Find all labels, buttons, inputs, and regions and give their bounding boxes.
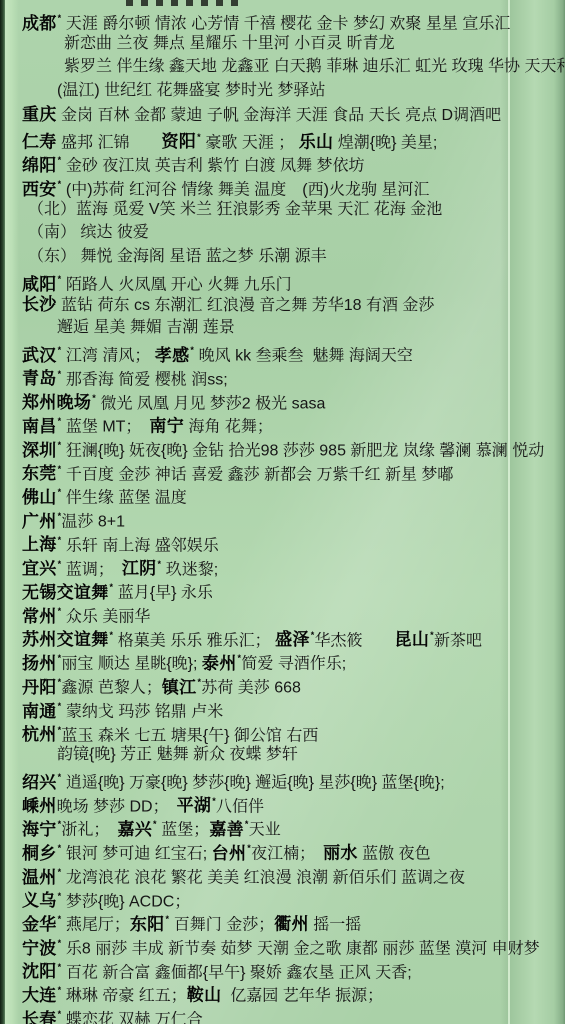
venue-names-text: 邂逅 星美 舞媚 吉潮 莲景 <box>57 319 235 336</box>
city-name: 资阳* <box>162 132 201 151</box>
city-name: 金华* <box>22 915 61 934</box>
venue-names-text: 逍遥{晚} 万豪{晚} 梦莎{晚} 邂逅{晚} 星莎{晚} 蓝堡{晚}; <box>61 775 444 792</box>
asterisk-mark: * <box>58 440 62 450</box>
venue-names: 乐8 丽莎 丰成 新节奏 茹梦 天潮 金之歌 康都 丽莎 蓝堡 漠河 申财梦 <box>61 941 539 958</box>
list-line: 佛山* 伴生缘 蓝堡 温度 <box>0 482 565 506</box>
venue-names: 众乐 美丽华 <box>61 609 150 626</box>
venue-names: 夜江楠； <box>251 846 323 863</box>
asterisk-mark: * <box>58 985 62 995</box>
city-name: 台州* <box>212 844 251 863</box>
asterisk-mark: * <box>58 606 62 616</box>
venue-names: 陌路人 火凤凰 开心 火舞 九乐门 <box>61 277 291 294</box>
city-name: 重庆 <box>22 105 57 124</box>
city-name-text: 郑州晚场 <box>22 393 91 412</box>
city-name: 沈阳* <box>22 962 61 981</box>
list-line: （南） 缤达 彼爱 <box>0 221 565 245</box>
venue-names-text: 盛邦 汇锦 <box>57 134 162 151</box>
city-name: 常州* <box>22 607 61 626</box>
venue-names: 海角 花舞； <box>184 419 273 436</box>
city-name: 南昌* <box>22 417 61 436</box>
city-name-text: 江阴 <box>122 559 157 578</box>
city-name: 泰州* <box>202 654 241 673</box>
asterisk-mark: * <box>110 630 114 640</box>
city-name-text: 沈阳 <box>22 962 57 981</box>
city-name-text: 丹阳 <box>22 678 57 697</box>
list-line: 广州*温莎 8+1 <box>0 506 565 530</box>
list-line: 郑州晚场* 微光 凤凰 月见 梦莎2 极光 sasa <box>0 388 565 412</box>
city-name-text: 武汉 <box>22 346 57 365</box>
asterisk-mark: * <box>92 393 96 403</box>
venue-names: 浙礼； <box>61 822 117 839</box>
venue-names-text: 海角 花舞； <box>184 419 273 436</box>
venue-names-text: 格菓美 乐乐 雅乐汇； <box>113 632 275 649</box>
venue-names: 蝶恋花 双赫 万仁合 <box>61 1012 202 1024</box>
city-name: 成都* <box>22 14 61 33</box>
city-name: 郑州晚场* <box>22 393 96 412</box>
venue-names-text: 千百度 金莎 神话 喜爱 鑫莎 新都会 万紫千红 新星 梦嘟 <box>61 466 453 483</box>
venue-names-text: 百花 新合富 鑫偭都{早午} 聚娇 鑫农垦 正风 天香; <box>61 964 411 981</box>
venue-names: 温莎 8+1 <box>61 514 125 531</box>
city-name-text: 绍兴 <box>22 773 57 792</box>
list-line: 咸阳* 陌路人 火凤凰 开心 火舞 九乐门 <box>0 269 565 293</box>
city-name-text: 丽水 <box>323 844 358 863</box>
list-line: 紫罗兰 伴生缘 鑫天地 龙鑫亚 白天鹅 菲琳 迪乐汇 虹光 玫瑰 华协 天天和 <box>0 55 565 79</box>
venue-names: 新茶吧 <box>434 632 482 649</box>
city-name: 大连* <box>22 986 61 1005</box>
city-name: 温州* <box>22 868 61 887</box>
city-name-text: 大连 <box>22 986 57 1005</box>
asterisk-mark: * <box>58 179 62 189</box>
city-name-text: 义乌 <box>22 891 57 910</box>
venue-names-text: （南） 缤达 彼爱 <box>28 224 149 241</box>
city-name-text: 泰州 <box>202 654 237 673</box>
city-name-text: 宁波 <box>22 939 57 958</box>
asterisk-mark: * <box>58 1009 62 1019</box>
asterisk-mark: * <box>58 867 62 877</box>
venue-names-text: 温莎 8+1 <box>61 514 125 531</box>
list-line: 西安* (中)苏荷 红河谷 情缘 舞美 温度 (西)火龙驹 星河汇 <box>0 174 565 198</box>
venue-names-text: 银河 梦可迪 红宝石; <box>61 846 211 863</box>
city-name-text: 佛山 <box>22 488 57 507</box>
venue-names: 逍遥{晚} 万豪{晚} 梦莎{晚} 邂逅{晚} 星莎{晚} 蓝堡{晚}; <box>61 775 444 792</box>
venue-names-text: 百舞门 金莎； <box>169 917 274 934</box>
venue-names-text: 华杰筱 <box>315 632 395 649</box>
venue-names: (中)苏荷 红河谷 情缘 舞美 温度 (西)火龙驹 星河汇 <box>61 182 429 199</box>
venue-names: 亿嘉园 艺年华 振源； <box>221 988 383 1005</box>
venue-names: 玖迷黎; <box>161 561 218 578</box>
venue-names-text: 新恋曲 兰夜 舞点 星耀乐 十里河 小百灵 昕青龙 <box>64 35 395 52</box>
city-name-text: 昆山 <box>395 630 430 649</box>
city-name-text: 镇江 <box>162 678 197 697</box>
venue-names-text: 蓝堡 MT； <box>61 419 149 436</box>
list-line: 杭州*蓝玉 森米 七五 塘果{午} 御公馆 右西 <box>0 720 565 744</box>
list-line: 重庆 金岗 百林 金都 蒙迪 子帆 金海洋 天涯 食品 天长 亮点 D调酒吧 <box>0 103 565 127</box>
city-name: 孝感* <box>155 346 194 365</box>
venue-names: 伴生缘 蓝堡 温度 <box>61 490 186 507</box>
venue-names-text: 蓝钻 荷东 cs 东潮汇 红浪漫 音之舞 芳华18 有酒 金莎 <box>57 297 435 314</box>
asterisk-mark: * <box>58 274 62 284</box>
asterisk-mark: * <box>153 819 157 829</box>
city-name-text: 上海 <box>22 535 57 554</box>
venue-names-text: 晚风 kk 叁乘叁 魅舞 海阔天空 <box>194 348 413 365</box>
list-line: 大连* 琳琳 帝豪 红五；鞍山 亿嘉园 艺年华 振源； <box>0 980 565 1004</box>
venue-names-text: 金砂 夜江岚 英吉利 紫竹 白渡 凤舞 梦依坊 <box>61 158 364 175</box>
city-name-text: 长春 <box>22 1010 57 1024</box>
city-name-text: 鞍山 <box>187 986 222 1005</box>
list-line: 苏州交谊舞* 格菓美 乐乐 雅乐汇； 盛泽*华杰筱 昆山*新茶吧 <box>0 625 565 649</box>
venue-names-text: 豪歌 天涯 ； <box>201 134 299 151</box>
venue-names: 蒙纳戈 玛莎 铭鼎 卢米 <box>61 704 223 721</box>
venue-names-text: 浙礼； <box>61 822 117 839</box>
asterisk-mark: * <box>311 630 315 640</box>
city-name: 江阴* <box>122 559 161 578</box>
venue-names-text: 紫罗兰 伴生缘 鑫天地 龙鑫亚 白天鹅 菲琳 迪乐汇 虹光 玫瑰 华协 天天和 <box>64 58 565 75</box>
venue-names-text: 蒙纳戈 玛莎 铭鼎 卢米 <box>61 704 223 721</box>
city-name-text: 海宁 <box>22 820 57 839</box>
venue-names: 天涯 爵尔顿 情浓 心芳情 千禧 樱花 金卡 梦幻 欢聚 星星 宣乐汇 <box>61 16 510 33</box>
venue-names: (温江) 世纪红 花舞盛宴 梦时光 梦驿站 <box>57 82 325 99</box>
venue-names: 豪歌 天涯 ； <box>201 134 299 151</box>
venue-names-text: 天涯 爵尔顿 情浓 心芳情 千禧 樱花 金卡 梦幻 欢聚 星星 宣乐汇 <box>61 16 510 33</box>
list-line: 仁寿 盛邦 汇锦 资阳* 豪歌 天涯 ； 乐山 煌潮{晚} 美星; <box>0 127 565 151</box>
list-line: 邂逅 星美 舞媚 吉潮 莲景 <box>0 316 565 340</box>
city-name: 上海* <box>22 535 61 554</box>
asterisk-mark: * <box>58 962 62 972</box>
asterisk-mark: * <box>58 487 62 497</box>
venue-names-text: 蓝月{早} 永乐 <box>113 585 213 602</box>
venue-names: 新恋曲 兰夜 舞点 星耀乐 十里河 小百灵 昕青龙 <box>64 35 395 52</box>
list-line: 宜兴* 蓝调； 江阴* 玖迷黎; <box>0 554 565 578</box>
venue-names-text: 玖迷黎; <box>161 561 218 578</box>
venue-names-text: 蝶恋花 双赫 万仁合 <box>61 1012 202 1024</box>
list-line: （北）蓝海 觅爱 V笑 米兰 狂浪影秀 金苹果 天汇 花海 金池 <box>0 198 565 222</box>
city-name-text: 盛泽 <box>275 630 310 649</box>
city-name-text: 东阳 <box>130 915 165 934</box>
venue-names: （东） 舞悦 金海阁 星语 蓝之梦 乐潮 源丰 <box>28 248 327 265</box>
asterisk-mark: * <box>58 535 62 545</box>
city-name-text: 嘉善 <box>209 820 244 839</box>
list-line: 东莞* 千百度 金莎 神话 喜爱 鑫莎 新都会 万紫千红 新星 梦嘟 <box>0 459 565 483</box>
venue-names-text: 琳琳 帝豪 红五； <box>61 988 186 1005</box>
venue-names-text: 煌潮{晚} 美星; <box>333 134 437 151</box>
venue-names-text: 那香海 简爱 樱桃 润ss; <box>61 371 227 388</box>
venue-names: 微光 凤凰 月见 梦莎2 极光 sasa <box>96 395 325 412</box>
city-name-text: 咸阳 <box>22 275 57 294</box>
venue-names-text: 陌路人 火凤凰 开心 火舞 九乐门 <box>61 277 291 294</box>
city-name-text: 成都 <box>22 14 57 33</box>
venue-names: 鑫源 芭黎人； <box>61 680 161 697</box>
city-name-text: 苏州交谊舞 <box>22 630 109 649</box>
venue-names-text: （北）蓝海 觅爱 V笑 米兰 狂浪影秀 金苹果 天汇 花海 金池 <box>28 201 442 218</box>
asterisk-mark: * <box>245 819 249 829</box>
asterisk-mark: * <box>157 559 161 569</box>
city-name: 长沙 <box>22 295 57 314</box>
city-name: 丹阳* <box>22 678 61 697</box>
list-line: 常州* 众乐 美丽华 <box>0 601 565 625</box>
city-name: 绍兴* <box>22 773 61 792</box>
city-name: 盛泽* <box>275 630 314 649</box>
city-name-text: 长沙 <box>22 295 57 314</box>
city-name: 青岛* <box>22 369 61 388</box>
asterisk-mark: * <box>58 938 62 948</box>
venue-names: 银河 梦可迪 红宝石; <box>61 846 211 863</box>
asterisk-mark: * <box>58 725 62 735</box>
city-name: 镇江* <box>162 678 201 697</box>
city-name: 宁波* <box>22 939 61 958</box>
list-line: 宁波* 乐8 丽莎 丰成 新节奏 茹梦 天潮 金之歌 康都 丽莎 蓝堡 漠河 申… <box>0 933 565 957</box>
venue-names-text: 天业 <box>249 822 281 839</box>
venue-names: 琳琳 帝豪 红五； <box>61 988 186 1005</box>
city-name-text: 绵阳 <box>22 156 57 175</box>
city-name: 广州* <box>22 512 61 531</box>
asterisk-mark: * <box>58 843 62 853</box>
venue-names: 苏荷 美莎 668 <box>201 680 301 697</box>
venue-names-text: (中)苏荷 红河谷 情缘 舞美 温度 (西)火龙驹 星河汇 <box>61 182 429 199</box>
list-line: 无锡交谊舞* 蓝月{早} 永乐 <box>0 577 565 601</box>
city-name: 桐乡* <box>22 844 61 863</box>
asterisk-mark: * <box>58 511 62 521</box>
list-line: 长沙 蓝钻 荷东 cs 东潮汇 红浪漫 音之舞 芳华18 有酒 金莎 <box>0 293 565 317</box>
list-line: 新恋曲 兰夜 舞点 星耀乐 十里河 小百灵 昕青龙 <box>0 32 565 56</box>
list-line: 丹阳*鑫源 芭黎人；镇江*苏荷 美莎 668 <box>0 672 565 696</box>
city-name-text: 衢州 <box>274 915 309 934</box>
asterisk-mark: * <box>197 132 201 142</box>
city-name: 无锡交谊舞* <box>22 583 113 602</box>
list-line: 温州* 龙湾浪花 浪花 繁花 美美 红浪漫 浪潮 新佰乐们 蓝调之夜 <box>0 862 565 886</box>
list-line: 成都* 天涯 爵尔顿 情浓 心芳情 千禧 樱花 金卡 梦幻 欢聚 星星 宣乐汇 <box>0 8 565 32</box>
asterisk-mark: * <box>110 582 114 592</box>
venue-names: 百花 新合富 鑫偭都{早午} 聚娇 鑫农垦 正风 天香; <box>61 964 411 981</box>
venue-names-text: （东） 舞悦 金海阁 星语 蓝之梦 乐潮 源丰 <box>28 248 327 265</box>
city-name-text: 南昌 <box>22 417 57 436</box>
city-name: 杭州* <box>22 725 61 744</box>
venue-names: 简爱 寻酒作乐; <box>241 656 346 673</box>
city-name-text: 金华 <box>22 915 57 934</box>
asterisk-mark: * <box>197 677 201 687</box>
venue-names: 那香海 简爱 樱桃 润ss; <box>61 371 227 388</box>
venue-names: 格菓美 乐乐 雅乐汇； <box>113 632 275 649</box>
venue-names: 蓝钻 荷东 cs 东潮汇 红浪漫 音之舞 芳华18 有酒 金莎 <box>57 297 435 314</box>
venue-names: 晚场 梦莎 DD； <box>57 798 177 815</box>
asterisk-mark: * <box>58 155 62 165</box>
city-name-text: 温州 <box>22 868 57 887</box>
venue-names-text: 梦莎{晚} ACDC； <box>61 893 190 910</box>
city-name-text: 重庆 <box>22 105 57 124</box>
list-line: （东） 舞悦 金海阁 星语 蓝之梦 乐潮 源丰 <box>0 245 565 269</box>
city-name-text: 南宁 <box>149 417 184 436</box>
venue-names-text: 亿嘉园 艺年华 振源； <box>221 988 383 1005</box>
city-name: 扬州* <box>22 654 61 673</box>
venue-names-text: 狂澜{晚} 妩夜{晚} 金钻 拾光98 莎莎 985 新肥龙 岚缘 馨澜 慕澜 … <box>61 443 544 460</box>
list-line: 上海* 乐轩 南上海 盛邻娱乐 <box>0 530 565 554</box>
list-line: 扬州*丽宝 顺达 星眺{晚}; 泰州*简爱 寻酒作乐; <box>0 648 565 672</box>
list-line: 南昌* 蓝堡 MT； 南宁 海角 花舞； <box>0 411 565 435</box>
venue-names-text: 蓝调； <box>61 561 121 578</box>
asterisk-mark: * <box>58 464 62 474</box>
asterisk-mark: * <box>58 13 62 23</box>
city-name-text: 台州 <box>212 844 247 863</box>
city-name: 嘉兴* <box>117 820 156 839</box>
list-line: 绍兴* 逍遥{晚} 万豪{晚} 梦莎{晚} 邂逅{晚} 星莎{晚} 蓝堡{晚}; <box>0 767 565 791</box>
venue-names-text: 苏荷 美莎 668 <box>201 680 301 697</box>
venue-names: 梦莎{晚} ACDC； <box>61 893 190 910</box>
venue-names-text: 鑫源 芭黎人； <box>61 680 161 697</box>
list-line: 长春* 蝶恋花 双赫 万仁合 <box>0 1004 565 1024</box>
city-name: 苏州交谊舞* <box>22 630 113 649</box>
city-name: 嵊州 <box>22 796 57 815</box>
city-name: 南宁 <box>149 417 184 436</box>
venue-names: 八佰伴 <box>216 798 264 815</box>
city-name-text: 桐乡 <box>22 844 57 863</box>
venue-list: 成都* 天涯 爵尔顿 情浓 心芳情 千禧 樱花 金卡 梦幻 欢聚 星星 宣乐汇新… <box>0 8 565 1024</box>
clipped-text-fragment <box>126 0 244 6</box>
city-name: 宜兴* <box>22 559 61 578</box>
venue-names: 天业 <box>249 822 281 839</box>
city-name: 平湖* <box>177 796 216 815</box>
list-line: 绵阳* 金砂 夜江岚 英吉利 紫竹 白渡 凤舞 梦依坊 <box>0 150 565 174</box>
city-name-text: 南通 <box>22 702 57 721</box>
city-name-text: 嵊州 <box>22 796 57 815</box>
venue-names-text: 夜江楠； <box>251 846 323 863</box>
venue-names-text: 韵镜{晚} 芳正 魅舞 新众 夜蝶 梦轩 <box>57 746 298 763</box>
asterisk-mark: * <box>58 677 62 687</box>
venue-names-text: 简爱 寻酒作乐; <box>241 656 346 673</box>
venue-names: 百舞门 金莎； <box>169 917 274 934</box>
city-name: 丽水 <box>323 844 358 863</box>
venue-names: 千百度 金莎 神话 喜爱 鑫莎 新都会 万紫千红 新星 梦嘟 <box>61 466 453 483</box>
venue-names-text: 乐8 丽莎 丰成 新节奏 茹梦 天潮 金之歌 康都 丽莎 蓝堡 漠河 申财梦 <box>61 941 539 958</box>
city-name-text: 乐山 <box>299 132 334 151</box>
venue-names: 龙湾浪花 浪花 繁花 美美 红浪漫 浪潮 新佰乐们 蓝调之夜 <box>61 870 465 887</box>
asterisk-mark: * <box>165 914 169 924</box>
venue-names-text: 丽宝 顺达 星眺{晚}; <box>61 656 201 673</box>
venue-names: 狂澜{晚} 妩夜{晚} 金钻 拾光98 莎莎 985 新肥龙 岚缘 馨澜 慕澜 … <box>61 443 544 460</box>
asterisk-mark: * <box>238 653 242 663</box>
venue-names: 金岗 百林 金都 蒙迪 子帆 金海洋 天涯 食品 天长 亮点 D调酒吧 <box>57 107 501 124</box>
venue-names: 盛邦 汇锦 <box>57 134 162 151</box>
asterisk-mark: * <box>58 345 62 355</box>
city-name: 义乌* <box>22 891 61 910</box>
city-name-text: 嘉兴 <box>117 820 152 839</box>
list-line: 武汉* 江湾 清风； 孝感* 晚风 kk 叁乘叁 魅舞 海阔天空 <box>0 340 565 364</box>
venue-names: 燕尾厅； <box>61 917 129 934</box>
city-name: 乐山 <box>299 132 334 151</box>
venue-names: （北）蓝海 觅爱 V笑 米兰 狂浪影秀 金苹果 天汇 花海 金池 <box>28 201 442 218</box>
list-line: 韵镜{晚} 芳正 魅舞 新众 夜蝶 梦轩 <box>0 743 565 767</box>
venue-names-text: 蓝傲 夜色 <box>358 846 431 863</box>
asterisk-mark: * <box>212 796 216 806</box>
list-line: 义乌* 梦莎{晚} ACDC； <box>0 886 565 910</box>
asterisk-mark: * <box>58 416 62 426</box>
venue-names: 煌潮{晚} 美星; <box>333 134 437 151</box>
city-name-text: 杭州 <box>22 725 57 744</box>
list-line: 海宁*浙礼； 嘉兴* 蓝堡；嘉善*天业 <box>0 814 565 838</box>
city-name: 武汉* <box>22 346 61 365</box>
venue-names: 紫罗兰 伴生缘 鑫天地 龙鑫亚 白天鹅 菲琳 迪乐汇 虹光 玫瑰 华协 天天和 <box>64 58 565 75</box>
asterisk-mark: * <box>58 914 62 924</box>
venue-names: 摇一摇 <box>309 917 361 934</box>
venue-names: （南） 缤达 彼爱 <box>28 224 149 241</box>
city-name-text: 青岛 <box>22 369 57 388</box>
city-name: 仁寿 <box>22 132 57 151</box>
asterisk-mark: * <box>58 772 62 782</box>
venue-names: 韵镜{晚} 芳正 魅舞 新众 夜蝶 梦轩 <box>57 746 298 763</box>
venue-names: 华杰筱 <box>315 632 395 649</box>
city-name: 海宁* <box>22 820 61 839</box>
venue-names: 蓝堡 MT； <box>61 419 149 436</box>
venue-names: 金砂 夜江岚 英吉利 紫竹 白渡 凤舞 梦依坊 <box>61 158 364 175</box>
asterisk-mark: * <box>58 891 62 901</box>
venue-names-text: 龙湾浪花 浪花 繁花 美美 红浪漫 浪潮 新佰乐们 蓝调之夜 <box>61 870 465 887</box>
venue-names: 蓝傲 夜色 <box>358 846 431 863</box>
asterisk-mark: * <box>190 345 194 355</box>
city-name-text: 西安 <box>22 180 57 199</box>
venue-names-text: 蓝玉 森米 七五 塘果{午} 御公馆 右西 <box>61 727 318 744</box>
list-line: 南通* 蒙纳戈 玛莎 铭鼎 卢米 <box>0 696 565 720</box>
list-line: 金华* 燕尾厅；东阳* 百舞门 金莎；衢州 摇一摇 <box>0 909 565 933</box>
venue-names-text: (温江) 世纪红 花舞盛宴 梦时光 梦驿站 <box>57 82 325 99</box>
venue-names-text: 八佰伴 <box>216 798 264 815</box>
venue-names: 蓝玉 森米 七五 塘果{午} 御公馆 右西 <box>61 727 318 744</box>
city-name: 嘉善* <box>209 820 248 839</box>
venue-names: 晚风 kk 叁乘叁 魅舞 海阔天空 <box>194 348 413 365</box>
city-name: 东莞* <box>22 464 61 483</box>
venue-names: 蓝堡； <box>157 822 209 839</box>
city-name: 西安* <box>22 180 61 199</box>
asterisk-mark: * <box>58 653 62 663</box>
city-name-text: 广州 <box>22 512 57 531</box>
city-name-text: 平湖 <box>177 796 212 815</box>
city-name: 昆山* <box>395 630 434 649</box>
list-line: 嵊州晚场 梦莎 DD； 平湖*八佰伴 <box>0 791 565 815</box>
city-name-text: 仁寿 <box>22 132 57 151</box>
venue-names-text: 伴生缘 蓝堡 温度 <box>61 490 186 507</box>
city-name: 深圳* <box>22 441 61 460</box>
venue-names: 邂逅 星美 舞媚 吉潮 莲景 <box>57 319 235 336</box>
venue-names-text: 燕尾厅； <box>61 917 129 934</box>
city-name-text: 扬州 <box>22 654 57 673</box>
city-name-text: 常州 <box>22 607 57 626</box>
city-name-text: 孝感 <box>155 346 190 365</box>
venue-names-text: 微光 凤凰 月见 梦莎2 极光 sasa <box>96 395 325 412</box>
list-line: 青岛* 那香海 简爱 樱桃 润ss; <box>0 364 565 388</box>
venue-names-text: 众乐 美丽华 <box>61 609 150 626</box>
asterisk-mark: * <box>247 843 251 853</box>
city-name: 东阳* <box>130 915 169 934</box>
venue-names-text: 江湾 清风； <box>61 348 154 365</box>
city-name-text: 宜兴 <box>22 559 57 578</box>
city-name: 绵阳* <box>22 156 61 175</box>
venue-names-text: 摇一摇 <box>309 917 361 934</box>
city-name: 南通* <box>22 702 61 721</box>
venue-names-text: 乐轩 南上海 盛邻娱乐 <box>61 537 218 554</box>
venue-names-text: 晚场 梦莎 DD； <box>57 798 177 815</box>
city-name-text: 无锡交谊舞 <box>22 583 109 602</box>
city-name: 衢州 <box>274 915 309 934</box>
asterisk-mark: * <box>430 630 434 640</box>
list-line: 桐乡* 银河 梦可迪 红宝石; 台州*夜江楠； 丽水 蓝傲 夜色 <box>0 838 565 862</box>
list-line: 深圳* 狂澜{晚} 妩夜{晚} 金钻 拾光98 莎莎 985 新肥龙 岚缘 馨澜… <box>0 435 565 459</box>
asterisk-mark: * <box>58 819 62 829</box>
list-line: 沈阳* 百花 新合富 鑫偭都{早午} 聚娇 鑫农垦 正风 天香; <box>0 957 565 981</box>
venue-names-text: 新茶吧 <box>434 632 482 649</box>
asterisk-mark: * <box>58 369 62 379</box>
venue-names: 蓝月{早} 永乐 <box>113 585 213 602</box>
venue-names: 江湾 清风； <box>61 348 154 365</box>
city-name-text: 东莞 <box>22 464 57 483</box>
venue-names: 乐轩 南上海 盛邻娱乐 <box>61 537 218 554</box>
city-name: 佛山* <box>22 488 61 507</box>
